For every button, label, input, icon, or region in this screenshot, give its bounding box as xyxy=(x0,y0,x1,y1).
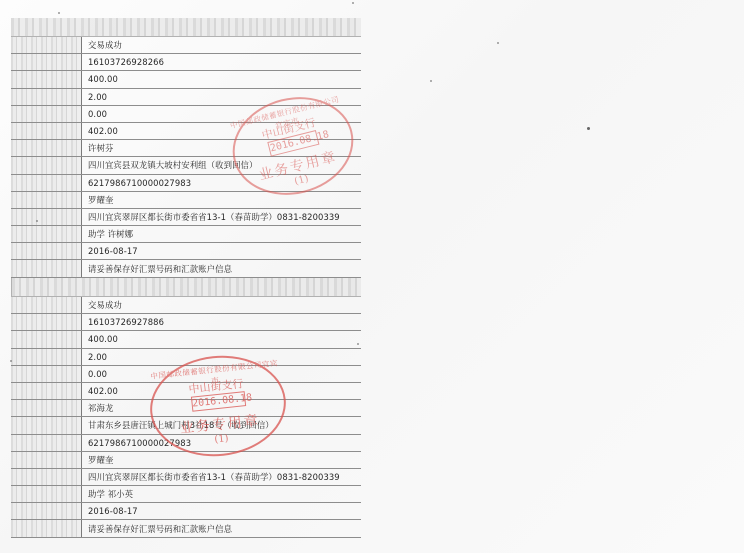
scan-speck xyxy=(430,80,432,82)
scan-speck xyxy=(10,360,12,362)
label-cell xyxy=(11,349,82,365)
row-date: 2016-08-17 xyxy=(11,243,361,260)
label-cell xyxy=(11,71,82,87)
row-fee: 2.00 xyxy=(11,89,361,106)
row-payee-name: 祁海龙 xyxy=(11,400,361,417)
label-cell xyxy=(11,54,82,70)
row-account-number: 6217986710000027983 xyxy=(11,435,361,452)
label-cell xyxy=(11,106,82,122)
slip-header-strip xyxy=(11,278,361,297)
notice-value: 请妥善保存好汇票号码和汇款账户信息 xyxy=(82,523,232,535)
label-cell xyxy=(11,435,82,451)
label-cell xyxy=(11,503,82,519)
row-remittance-number: 16103726927886 xyxy=(11,314,361,331)
row-amount: 400.00 xyxy=(11,331,361,348)
row-extra-fee: 0.00 xyxy=(11,106,361,123)
row-total: 402.00 xyxy=(11,123,361,140)
notice-value: 请妥善保存好汇票号码和汇款账户信息 xyxy=(82,263,232,275)
total-value: 402.00 xyxy=(82,386,118,396)
status-value: 交易成功 xyxy=(82,299,122,311)
payee-name-value: 祁海龙 xyxy=(82,402,113,414)
label-cell xyxy=(11,192,82,208)
fee-value: 2.00 xyxy=(82,92,107,102)
payee-address-value: 四川宜宾县双龙镇大坡村安利组（收到回信） xyxy=(82,159,258,171)
label-cell xyxy=(11,486,82,502)
receipt-slip-2: 交易成功 16103726927886 400.00 2.00 0.00 402… xyxy=(11,278,361,538)
label-cell xyxy=(11,383,82,399)
label-cell xyxy=(11,331,82,347)
slip-rows: 交易成功 16103726927886 400.00 2.00 0.00 402… xyxy=(11,297,361,538)
label-cell xyxy=(11,89,82,105)
payee-name-value: 许树芬 xyxy=(82,142,113,154)
row-payee-name: 许树芬 xyxy=(11,140,361,157)
remitter-address-value: 四川宜宾翠屏区都长街市委省省13-1（春苗助学）0831-8200339 xyxy=(82,211,340,223)
label-cell xyxy=(11,37,82,53)
remittance-number-value: 16103726927886 xyxy=(82,317,164,327)
row-notice: 请妥善保存好汇票号码和汇款账户信息 xyxy=(11,520,361,537)
date-value: 2016-08-17 xyxy=(82,506,138,516)
row-amount: 400.00 xyxy=(11,71,361,88)
scan-speck xyxy=(58,12,60,14)
row-fee: 2.00 xyxy=(11,349,361,366)
label-cell xyxy=(11,157,82,173)
payee-address-value: 甘肃东乡县唐汪镇上城门村3社18号（收到回信） xyxy=(82,419,274,431)
row-memo: 助学 许树娜 xyxy=(11,226,361,243)
row-payee-address: 甘肃东乡县唐汪镇上城门村3社18号（收到回信） xyxy=(11,417,361,434)
row-remittance-number: 16103726928266 xyxy=(11,54,361,71)
remitter-name-value: 罗耀奎 xyxy=(82,454,113,466)
remitter-name-value: 罗耀奎 xyxy=(82,194,113,206)
amount-value: 400.00 xyxy=(82,334,118,344)
receipt-slip-1: 交易成功 16103726928266 400.00 2.00 0.00 402… xyxy=(11,18,361,278)
label-cell xyxy=(11,140,82,156)
row-remitter-name: 罗耀奎 xyxy=(11,452,361,469)
label-cell xyxy=(11,469,82,485)
slip-rows: 交易成功 16103726928266 400.00 2.00 0.00 402… xyxy=(11,37,361,278)
account-number-value: 6217986710000027983 xyxy=(82,438,191,448)
label-cell xyxy=(11,243,82,259)
total-value: 402.00 xyxy=(82,126,118,136)
label-cell xyxy=(11,297,82,313)
label-cell xyxy=(11,366,82,382)
label-cell xyxy=(11,123,82,139)
label-cell xyxy=(11,209,82,225)
remitter-address-value: 四川宜宾翠屏区都长街市委省省13-1（春苗助学）0831-8200339 xyxy=(82,471,340,483)
scan-speck xyxy=(352,2,354,4)
row-remitter-name: 罗耀奎 xyxy=(11,192,361,209)
row-payee-address: 四川宜宾县双龙镇大坡村安利组（收到回信） xyxy=(11,157,361,174)
memo-value: 助学 许树娜 xyxy=(82,228,133,240)
extra-fee-value: 0.00 xyxy=(82,109,107,119)
status-value: 交易成功 xyxy=(82,39,122,51)
scan-speck xyxy=(497,42,499,44)
fee-value: 2.00 xyxy=(82,352,107,362)
account-number-value: 6217986710000027983 xyxy=(82,178,191,188)
scan-speck xyxy=(357,343,359,345)
row-remitter-address: 四川宜宾翠屏区都长街市委省省13-1（春苗助学）0831-8200339 xyxy=(11,209,361,226)
label-cell xyxy=(11,452,82,468)
row-notice: 请妥善保存好汇票号码和汇款账户信息 xyxy=(11,260,361,277)
amount-value: 400.00 xyxy=(82,74,118,84)
row-status: 交易成功 xyxy=(11,297,361,314)
row-total: 402.00 xyxy=(11,383,361,400)
row-memo: 助学 祁小英 xyxy=(11,486,361,503)
row-remitter-address: 四川宜宾翠屏区都长街市委省省13-1（春苗助学）0831-8200339 xyxy=(11,469,361,486)
memo-value: 助学 祁小英 xyxy=(82,488,133,500)
date-value: 2016-08-17 xyxy=(82,246,138,256)
label-cell xyxy=(11,175,82,191)
scan-speck xyxy=(587,127,590,130)
scanned-page: 交易成功 16103726928266 400.00 2.00 0.00 402… xyxy=(0,0,744,553)
row-status: 交易成功 xyxy=(11,37,361,54)
label-cell xyxy=(11,417,82,433)
label-cell xyxy=(11,314,82,330)
label-cell xyxy=(11,226,82,242)
slip-header-strip xyxy=(11,18,361,37)
remittance-number-value: 16103726928266 xyxy=(82,57,164,67)
extra-fee-value: 0.00 xyxy=(82,369,107,379)
label-cell xyxy=(11,520,82,536)
row-account-number: 6217986710000027983 xyxy=(11,175,361,192)
row-date: 2016-08-17 xyxy=(11,503,361,520)
label-cell xyxy=(11,400,82,416)
scan-speck xyxy=(36,220,38,222)
row-extra-fee: 0.00 xyxy=(11,366,361,383)
label-cell xyxy=(11,260,82,276)
